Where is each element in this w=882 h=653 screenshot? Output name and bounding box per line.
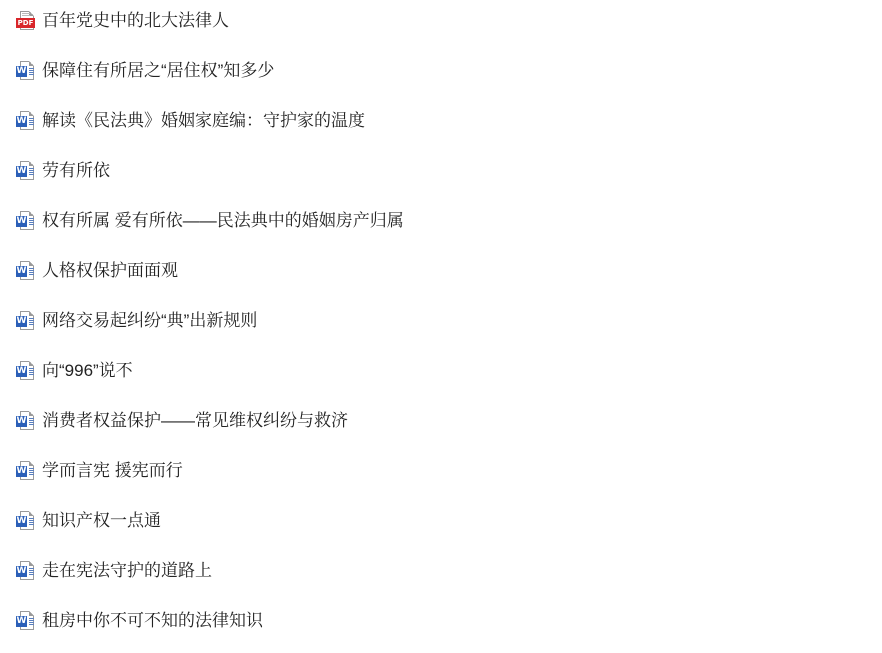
file-name: 解读《民法典》婚姻家庭编：守护家的温度 bbox=[42, 109, 365, 133]
word-doc-icon: W bbox=[16, 561, 36, 581]
word-doc-icon: W bbox=[16, 61, 36, 81]
file-name: 走在宪法守护的道路上 bbox=[42, 559, 212, 583]
file-name: 百年党史中的北大法律人 bbox=[42, 9, 229, 33]
file-link[interactable]: W 知识产权一点通 bbox=[16, 509, 161, 533]
word-doc-icon: W bbox=[16, 461, 36, 481]
file-link[interactable]: W 学而言宪 援宪而行 bbox=[16, 459, 183, 483]
file-name: 劳有所依 bbox=[42, 159, 110, 183]
pdf-file-icon: PDF bbox=[16, 11, 36, 31]
file-name: 网络交易起纠纷“典”出新规则 bbox=[42, 309, 257, 333]
file-link[interactable]: W 走在宪法守护的道路上 bbox=[16, 559, 212, 583]
file-name: 权有所属 爱有所依——民法典中的婚姻房产归属 bbox=[42, 209, 404, 233]
word-doc-icon: W bbox=[16, 411, 36, 431]
file-name: 知识产权一点通 bbox=[42, 509, 161, 533]
word-doc-icon: W bbox=[16, 261, 36, 281]
file-link[interactable]: W 解读《民法典》婚姻家庭编：守护家的温度 bbox=[16, 109, 365, 133]
file-link[interactable]: W 权有所属 爱有所依——民法典中的婚姻房产归属 bbox=[16, 209, 404, 233]
word-doc-icon: W bbox=[16, 311, 36, 331]
file-link[interactable]: W 人格权保护面面观 bbox=[16, 259, 178, 283]
file-link[interactable]: W 网络交易起纠纷“典”出新规则 bbox=[16, 309, 257, 333]
word-doc-icon: W bbox=[16, 361, 36, 381]
word-doc-icon: W bbox=[16, 211, 36, 231]
file-link[interactable]: W 劳有所依 bbox=[16, 159, 110, 183]
file-name: 向“996”说不 bbox=[42, 359, 133, 383]
file-link[interactable]: W 保障住有所居之“居住权”知多少 bbox=[16, 59, 274, 83]
file-name: 保障住有所居之“居住权”知多少 bbox=[42, 59, 274, 83]
file-link[interactable]: PDF 百年党史中的北大法律人 bbox=[16, 9, 229, 33]
file-name: 学而言宪 援宪而行 bbox=[42, 459, 183, 483]
file-link[interactable]: W 租房中你不可不知的法律知识 bbox=[16, 609, 263, 633]
file-name: 消费者权益保护——常见维权纠纷与救济 bbox=[42, 409, 348, 433]
word-doc-icon: W bbox=[16, 161, 36, 181]
file-link[interactable]: W 向“996”说不 bbox=[16, 359, 133, 383]
word-doc-icon: W bbox=[16, 611, 36, 631]
word-doc-icon: W bbox=[16, 111, 36, 131]
word-doc-icon: W bbox=[16, 511, 36, 531]
file-name: 人格权保护面面观 bbox=[42, 259, 178, 283]
file-name: 租房中你不可不知的法律知识 bbox=[42, 609, 263, 633]
file-link[interactable]: W 消费者权益保护——常见维权纠纷与救济 bbox=[16, 409, 348, 433]
